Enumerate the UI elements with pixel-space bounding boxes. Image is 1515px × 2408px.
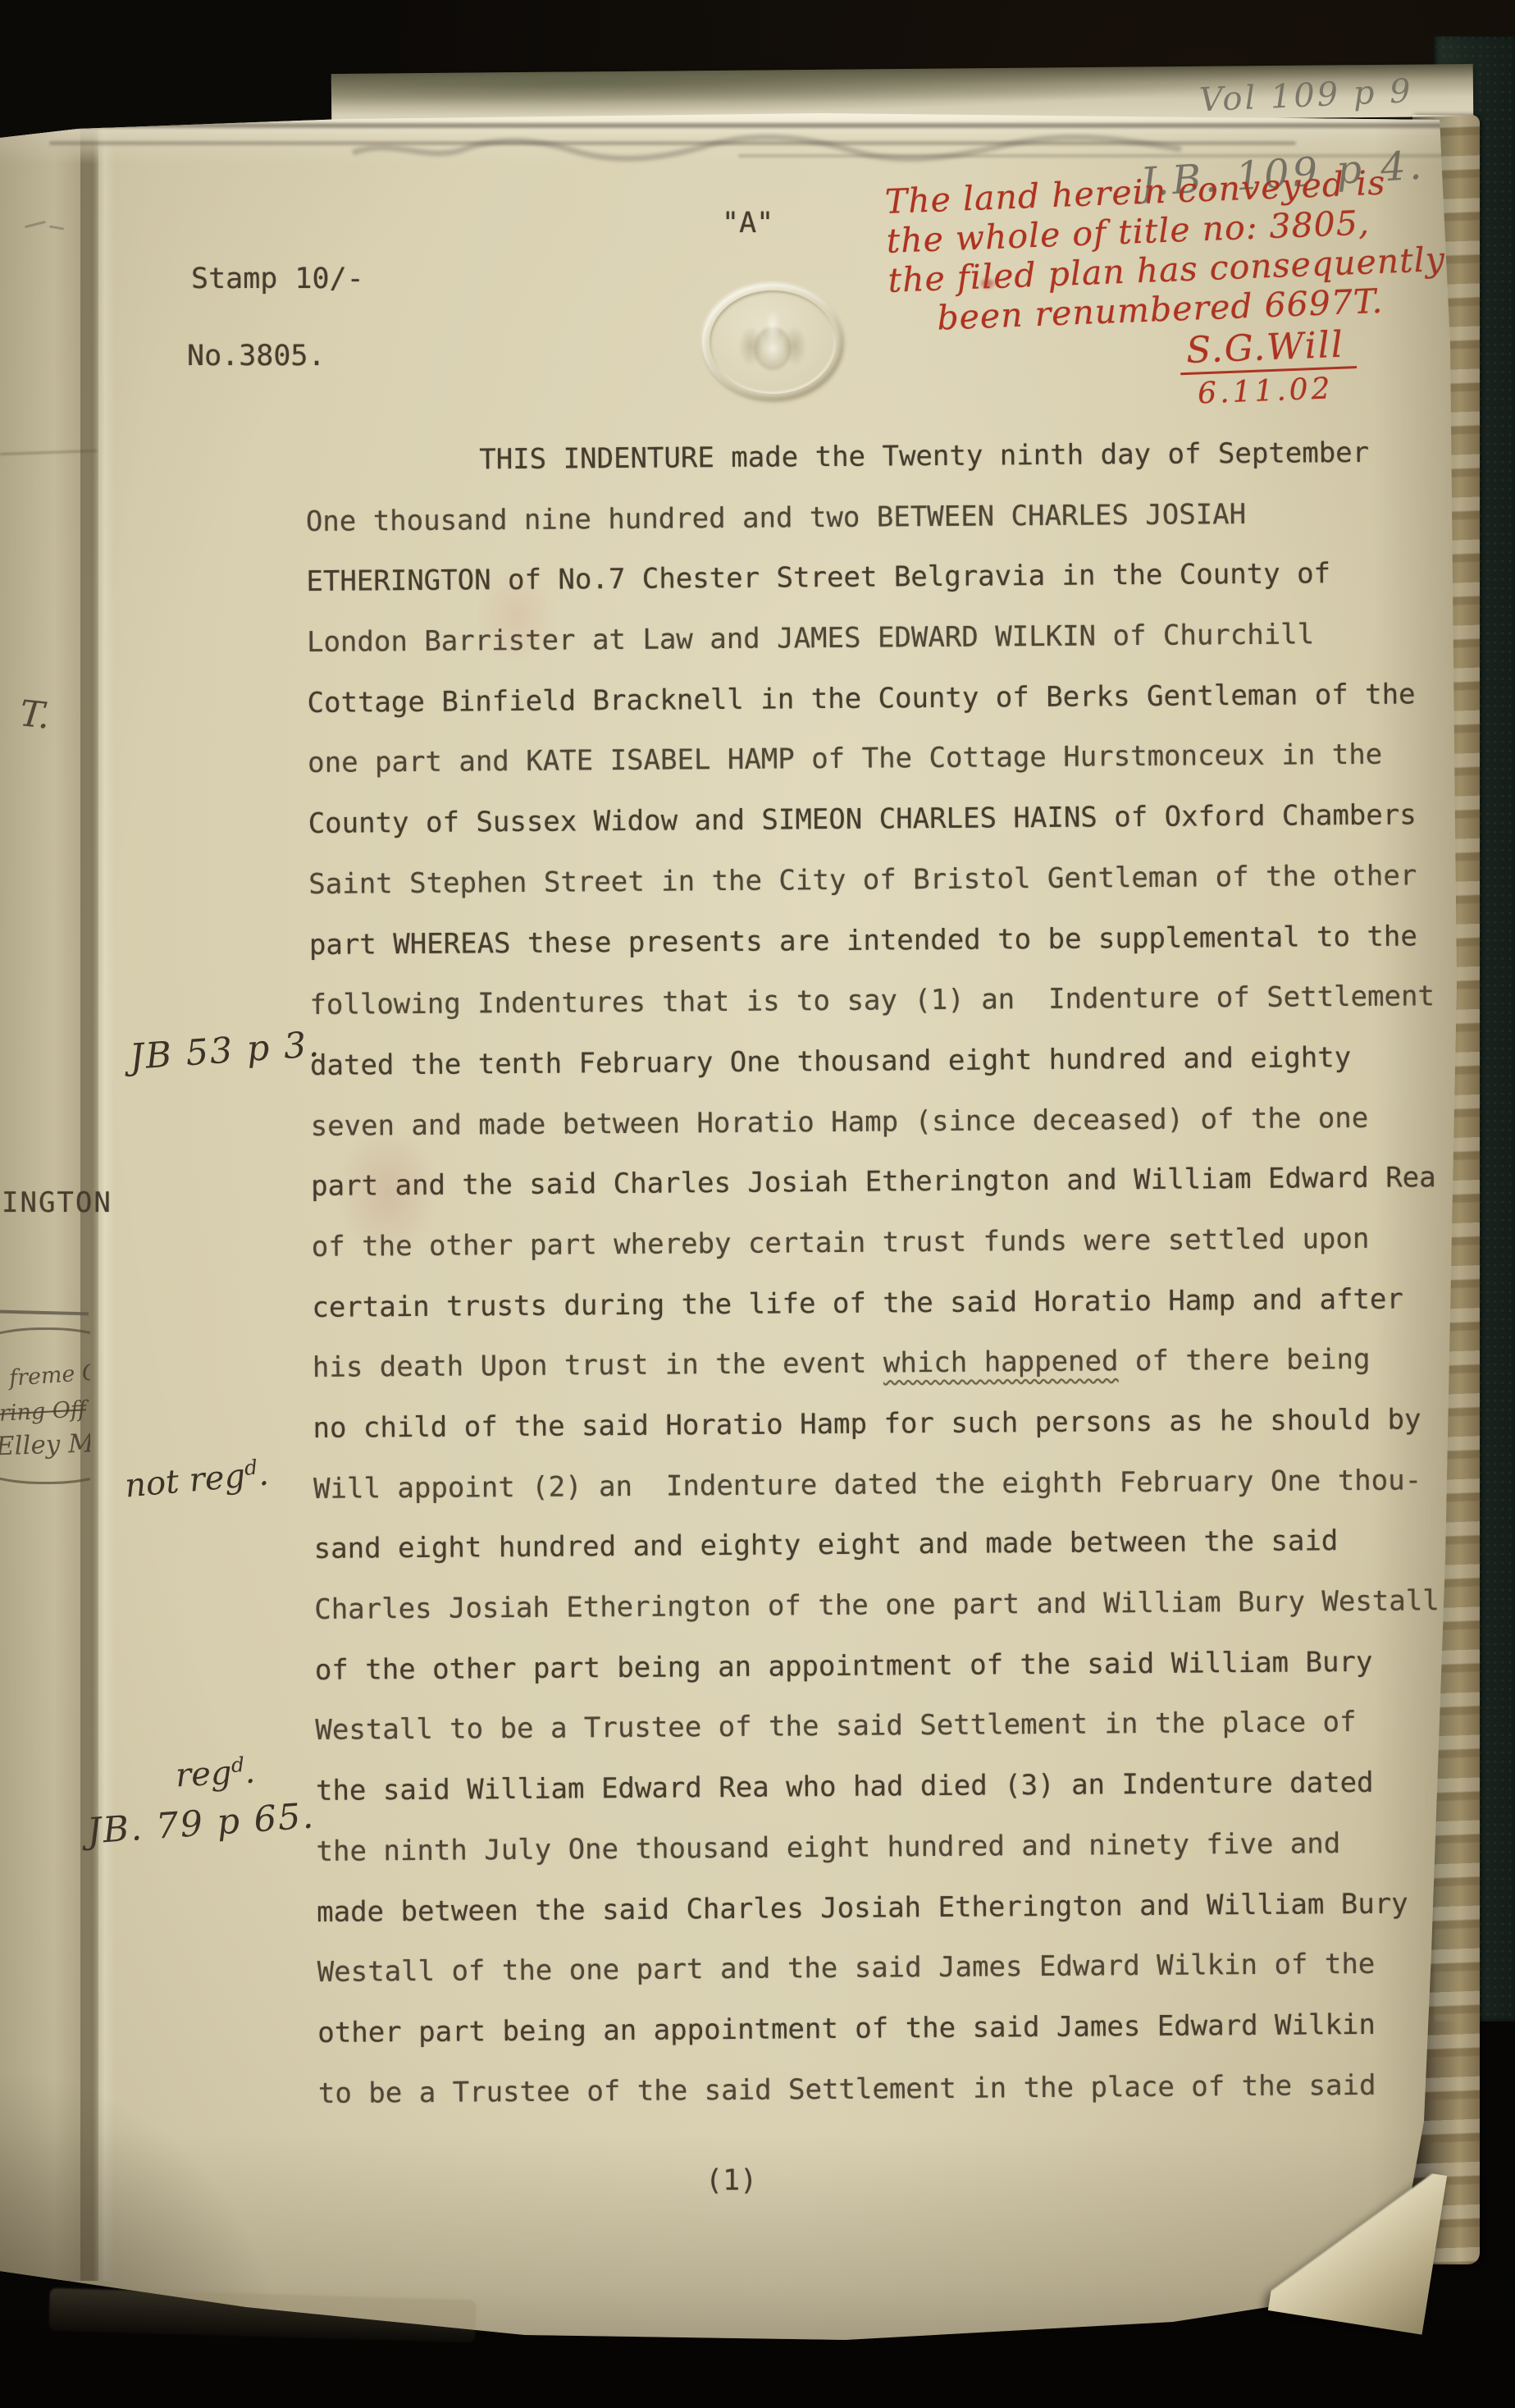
body-line: one part and KATE ISABEL HAMP of The Cot… (308, 724, 1457, 794)
corner-shading (0, 2068, 295, 2408)
grime-streak (49, 141, 1296, 145)
body-line: made between the said Charles Josiah Eth… (317, 1873, 1466, 1943)
title-number: No.3805. (187, 340, 326, 372)
body-line: dated the tenth February One thousand ei… (310, 1027, 1459, 1097)
body-line: THIS INDENTURE made the Twenty ninth day… (305, 423, 1454, 492)
body-line: Westall to be a Trustee of the said Sett… (315, 1692, 1464, 1761)
period: . (244, 1752, 256, 1791)
red-note-signature: S.G.Will (1179, 325, 1357, 375)
body-line: One thousand nine hundred and two BETWEE… (306, 483, 1455, 553)
body-line: other part being an appointment of the s… (317, 1994, 1467, 2064)
body-line: to be a Trustee of the said Settlement i… (318, 2055, 1467, 2125)
oval-stamp-outline: freme C ring Off Elley Ma (0, 1327, 90, 1484)
body-line: London Barrister at Law and JAMES EDWARD… (307, 604, 1456, 674)
not-registered-text: not reg (123, 1457, 246, 1506)
body-line: part and the said Charles Josiah Etherin… (311, 1148, 1460, 1218)
red-ink-blot (981, 279, 994, 288)
body-line: of the other part whereby certain trust … (312, 1209, 1461, 1278)
superscript-d: d (230, 1752, 244, 1777)
embossed-royal-seal (702, 284, 843, 400)
body-line: the said William Edward Rea who had died… (316, 1752, 1465, 1822)
stamp-duty-note: Stamp 10/- (191, 263, 364, 295)
body-text: THIS INDENTURE made the Twenty ninth day… (305, 423, 1467, 2124)
typed-fragment-ington: INGTON (2, 1186, 112, 1219)
body-line: County of Sussex Widow and SIMEON CHARLE… (308, 785, 1457, 855)
registrar-red-note: The land herein conveyed is the whole of… (884, 159, 1484, 425)
stamp-text-fragment: freme C (8, 1359, 90, 1391)
body-line: following Indentures that is to say (1) … (309, 966, 1458, 1036)
stamp-text-fragment: Elley Ma (0, 1428, 90, 1462)
underlined-phrase: which happened (883, 1346, 1119, 1380)
body-line: no child of the said Horatio Hamp for su… (313, 1390, 1462, 1460)
body-line: Will appoint (2) an Indenture dated the … (313, 1451, 1463, 1520)
margin-registered: regd. (175, 1752, 256, 1794)
body-line: Westall of the one part and the said Jam… (317, 1934, 1466, 2004)
body-line: Saint Stephen Street in the City of Bris… (308, 846, 1458, 916)
body-line: part WHEREAS these presents are intended… (309, 906, 1458, 976)
margin-not-registered: not regd. (123, 1454, 270, 1505)
body-line: Charles Josiah Etherington of the one pa… (314, 1571, 1463, 1641)
body-line: sand eight hundred and eighty eight and … (313, 1510, 1463, 1580)
body-line: ETHERINGTON of No.7 Chester Street Belgr… (306, 543, 1455, 613)
body-line: seven and made between Horatio Hamp (sin… (310, 1088, 1459, 1158)
body-line: of the other part being an appointment o… (315, 1632, 1464, 1702)
exhibit-letter: "A" (722, 207, 773, 240)
margin-ref-jb53: JB 53 p 3. (129, 1024, 322, 1078)
deed-page: T. INGTON freme C ring Off Elley Ma "A" … (0, 0, 1515, 2408)
body-line: the ninth July One thousand eight hundre… (316, 1813, 1465, 1883)
registered-text: reg (175, 1754, 233, 1795)
partial-oval-stamp: freme C ring Off Elley Ma (0, 1323, 90, 1495)
stamp-text-fragment: ring Off (0, 1396, 87, 1427)
margin-ref-jb79: JB. 79 p 65. (86, 1795, 317, 1852)
body-line: certain trusts during the life of the sa… (312, 1269, 1461, 1339)
pencil-volume-ref: Vol 109 p 9 (1198, 72, 1413, 119)
body-line: Cottage Binfield Bracknell in the County… (307, 665, 1456, 734)
grime-streak (0, 123, 1444, 128)
coat-of-arms-relief (733, 302, 812, 382)
body-line: his death Upon trust in the event which … (313, 1329, 1462, 1399)
period: . (257, 1455, 271, 1493)
photograph-of-bound-deed: Vol 109 p 9 T. INGTON freme C ring Off E… (0, 0, 1515, 2408)
torn-curled-corner (1268, 2151, 1447, 2334)
handwritten-t-mark: T. (17, 692, 52, 738)
